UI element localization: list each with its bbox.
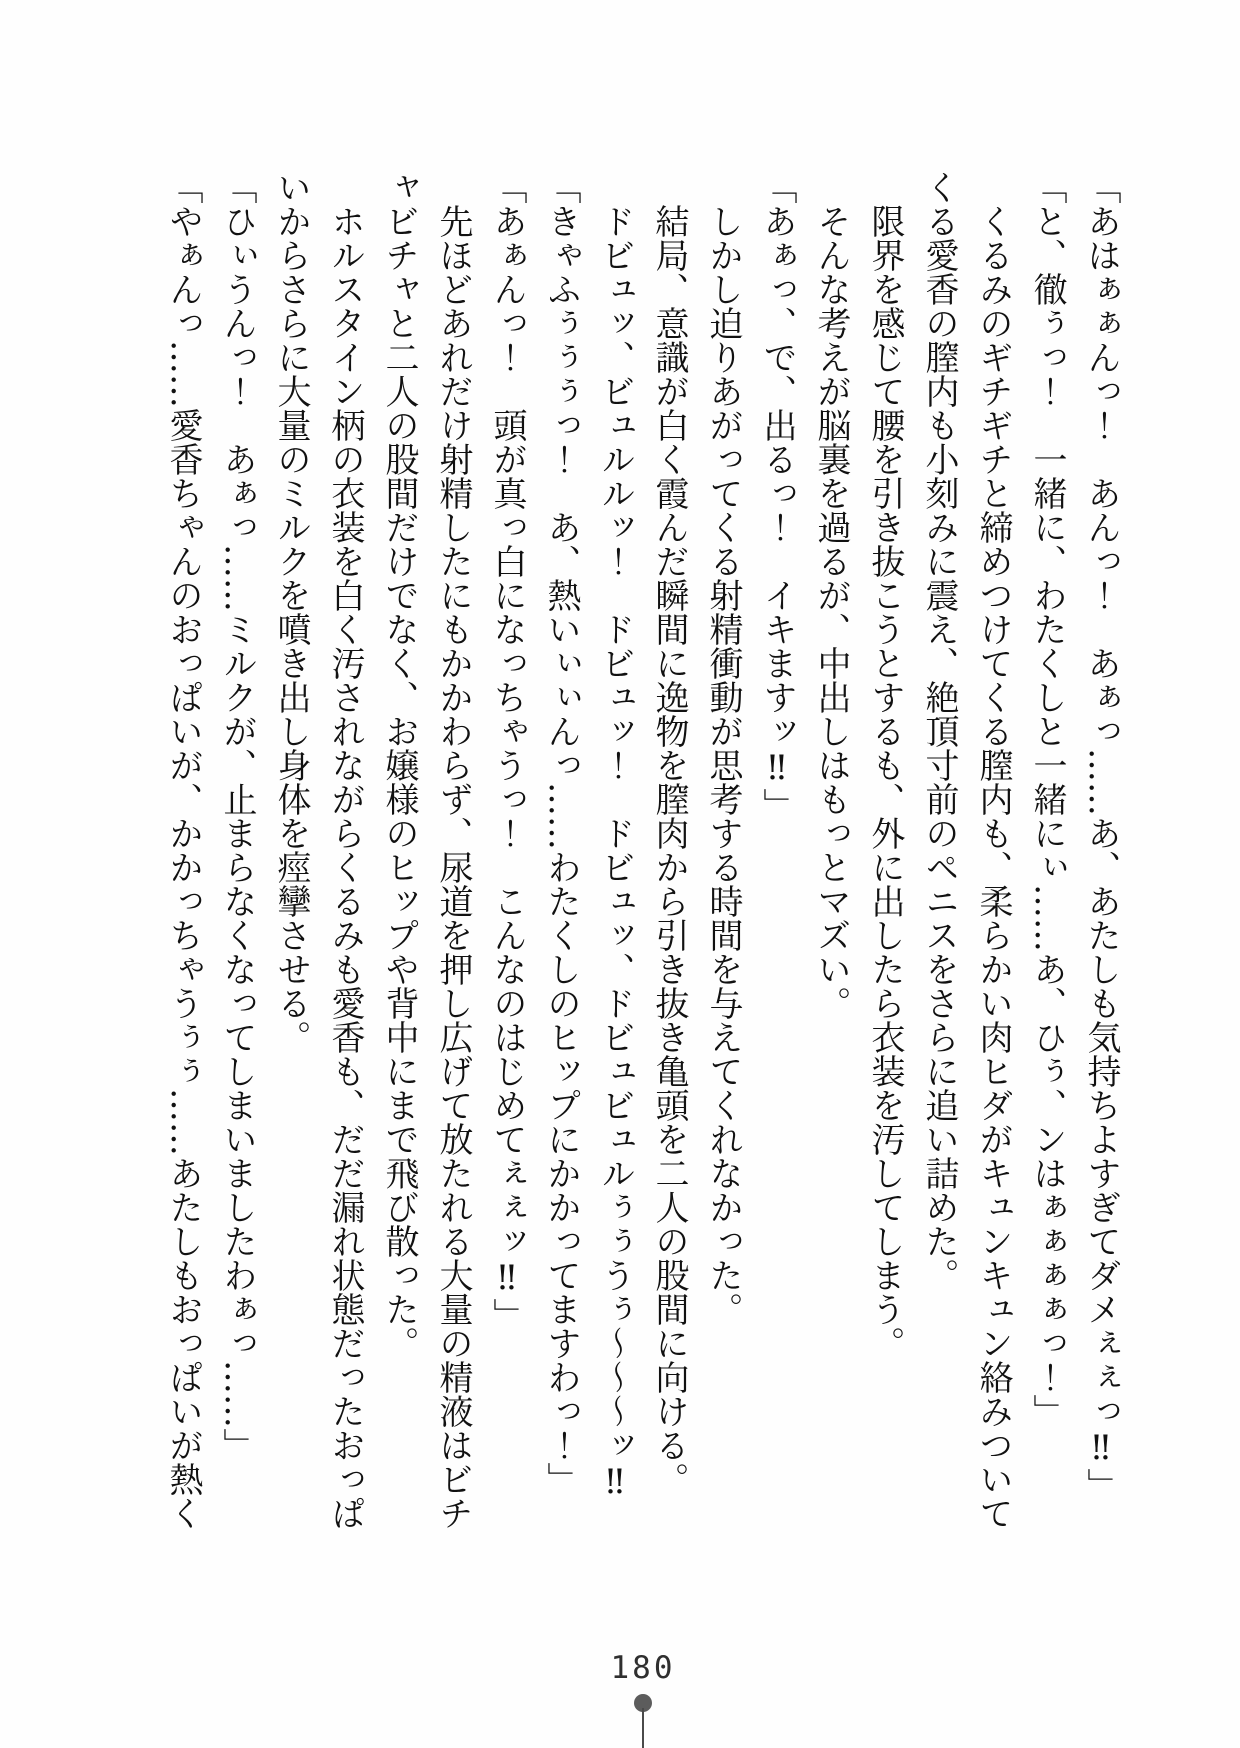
paragraph: ホルスタイン柄の衣装を白く汚されながらくるみも愛香も、だだ漏れ状態だったおっぱい… — [264, 170, 372, 1532]
paragraph: 「あぁっ、で、出るっ！ イキますッ‼」 — [750, 170, 804, 1532]
paragraph: 「と、徹ぅっ！ 一緒に、わたくしと一緒にぃ……あ、ひぅ、ンはぁぁぁぁっ！」 — [1020, 170, 1074, 1532]
paragraph: くるみのギチギチと締めつけてくる膣内も、柔らかい肉ヒダがキュンキュン絡みついてく… — [912, 170, 1020, 1532]
marker-dot-icon — [634, 1694, 652, 1712]
text-block: 「あはぁぁんっ！ あんっ！ あぁっ……あ、あたしも気持ちよすぎてダメぇぇっ‼」 … — [156, 170, 1128, 1532]
paragraph: 結局、意識が白く霞んだ瞬間に逸物を膣肉から引き抜き亀頭を二人の股間に向ける。 — [642, 170, 696, 1532]
novel-page: 「あはぁぁんっ！ あんっ！ あぁっ……あ、あたしも気持ちよすぎてダメぇぇっ‼」 … — [0, 0, 1240, 1748]
paragraph: 「きゃふぅぅぅっ！ あ、熱いぃぃんっ……わたくしのヒップにかかってますわっ！」 — [534, 170, 588, 1532]
paragraph: 先ほどあれだけ射精したにもかかわらず、尿道を押し広げて放たれる大量の精液はビチャ… — [372, 170, 480, 1532]
paragraph: 「あはぁぁんっ！ あんっ！ あぁっ……あ、あたしも気持ちよすぎてダメぇぇっ‼」 — [1074, 170, 1128, 1532]
paragraph: 「あぁんっ！ 頭が真っ白になっちゃうっ！ こんなのはじめてぇぇッ‼」 — [480, 170, 534, 1532]
paragraph: そんな考えが脳裏を過るが、中出しはもっとマズい。 — [804, 170, 858, 1532]
marker-stem — [642, 1708, 644, 1748]
paragraph: 「ひぃうんっ！ あぁっ……ミルクが、止まらなくなってしまいましたわぁっ……」 — [210, 170, 264, 1532]
page-number: 180 — [0, 1650, 1240, 1686]
paragraph: 限界を感じて腰を引き抜こうとするも、外に出したら衣装を汚してしまう。 — [858, 170, 912, 1532]
paragraph: 「やぁんっ……愛香ちゃんのおっぱいが、かかっちゃうぅぅ……あたしもおっぱいが熱く — [156, 170, 210, 1532]
paragraph: しかし迫りあがってくる射精衝動が思考する時間を与えてくれなかった。 — [696, 170, 750, 1532]
paragraph: ドビュッ、ビュルルッ！ ドビュッ！ ドビュッ、ドビュビュルぅぅうぅ〜〜〜ッ‼ — [588, 170, 642, 1532]
